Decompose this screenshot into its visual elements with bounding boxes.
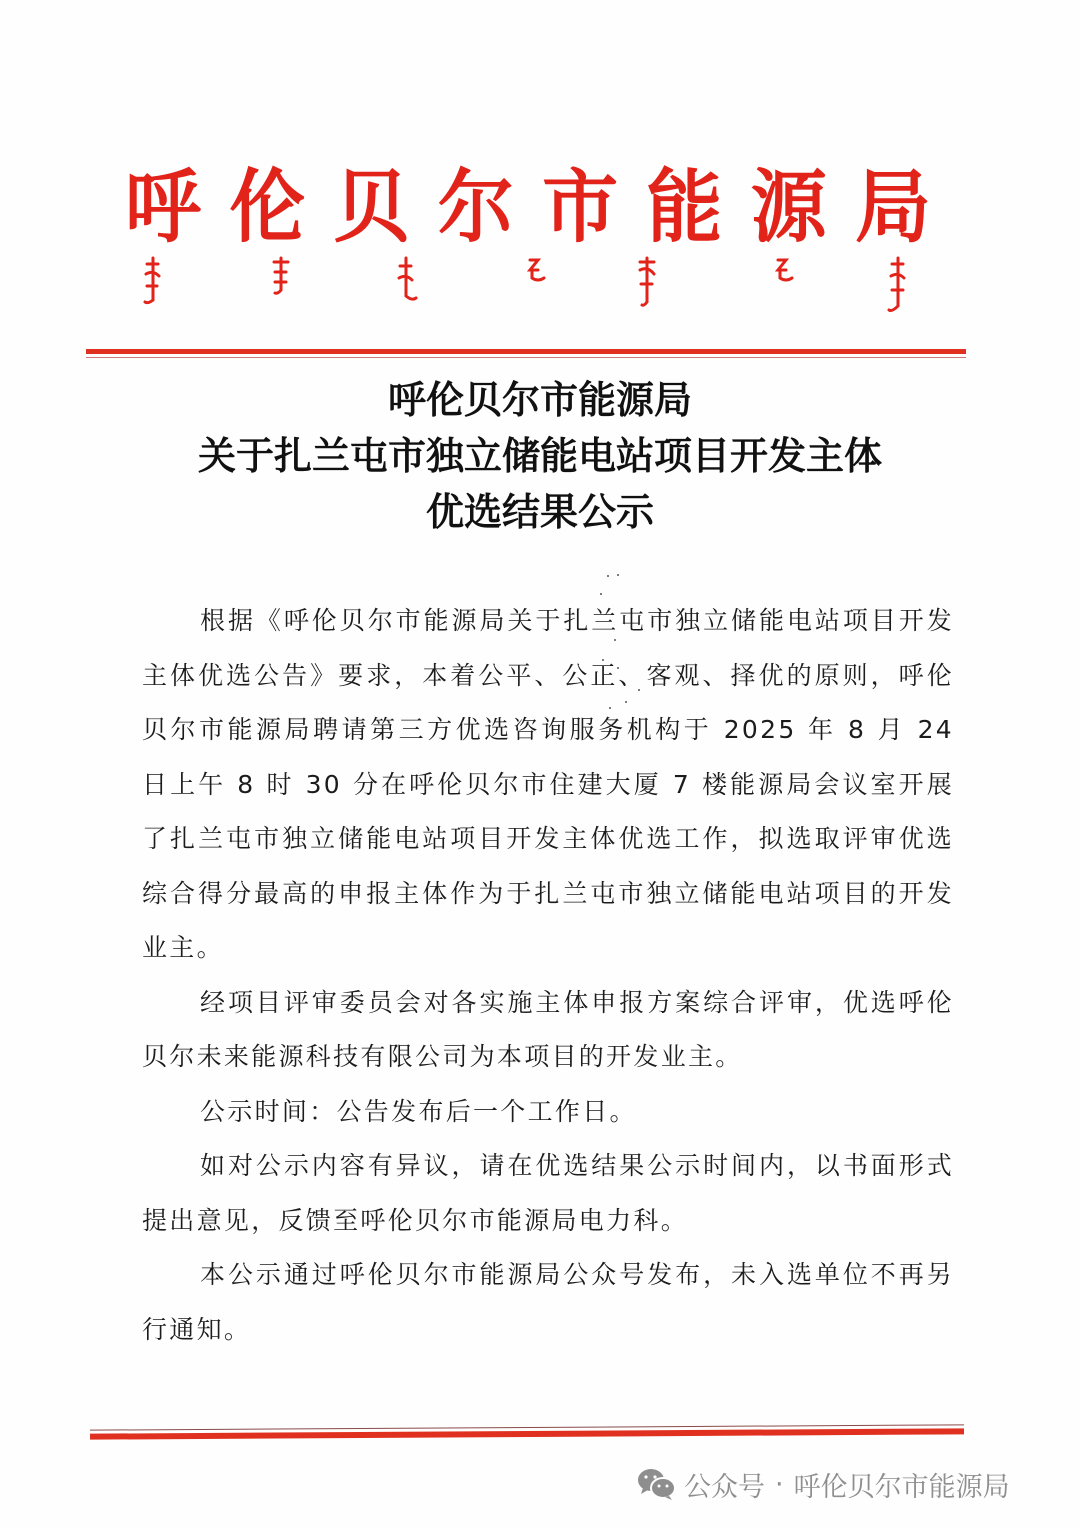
letterhead-divider-top (86, 349, 966, 358)
body-paragraph: 经项目评审委员会对各实施主体申报方案综合评审，优选呼伦贝尔未来能源科技有限公司为… (142, 976, 954, 1085)
letterhead-char: 能 (639, 160, 729, 255)
letterhead-char: 贝 (327, 160, 417, 255)
body-paragraph: 本公示通过呼伦贝尔市能源局公众号发布，未入选单位不再另行通知。 (142, 1248, 954, 1357)
letterhead-char: 市 (535, 160, 625, 255)
mongolian-word-glyph (270, 256, 292, 296)
document-body: 根据《呼伦贝尔市能源局关于扎兰屯市独立储能电站项目开发主体优选公告》要求，本着公… (142, 594, 954, 1357)
mongolian-word-glyph (394, 256, 416, 304)
letterhead-char: 局 (848, 160, 938, 255)
mongolian-word-glyph (770, 256, 792, 284)
body-paragraph: 公示时间：公告发布后一个工作日。 (142, 1085, 954, 1140)
body-paragraph: 如对公示内容有异议，请在优选结果公示时间内，以书面形式提出意见，反馈至呼伦贝尔市… (142, 1139, 954, 1248)
wechat-account-name: 呼伦贝尔市能源局 (794, 1465, 1010, 1504)
wechat-account-watermark: 公众号 · 呼伦贝尔市能源局 (636, 1462, 1010, 1506)
title-line-2: 关于扎兰屯市独立储能电站项目开发主体 (0, 428, 1080, 484)
mongolian-word-glyph (886, 256, 908, 314)
separator-dot: · (775, 1469, 784, 1500)
letterhead-char: 尔 (431, 160, 521, 255)
title-line-1: 呼伦贝尔市能源局 (0, 372, 1080, 428)
letterhead-char: 呼 (118, 160, 208, 255)
wechat-label: 公众号 (684, 1465, 765, 1504)
document-divider-bottom (90, 1424, 964, 1439)
mongolian-word-glyph (142, 256, 164, 306)
mongolian-word-glyph (636, 256, 658, 308)
wechat-icon (636, 1467, 676, 1501)
mongolian-word-glyph (522, 256, 544, 284)
letterhead-char: 伦 (222, 160, 312, 255)
document-title: 呼伦贝尔市能源局 关于扎兰屯市独立储能电站项目开发主体 优选结果公示 (0, 372, 1080, 540)
letterhead-mongolian-script (128, 256, 928, 316)
title-line-3: 优选结果公示 (0, 484, 1080, 540)
letterhead-title: 呼 伦 贝 尔 市 能 源 局 (118, 162, 938, 252)
letterhead-char: 源 (744, 160, 834, 255)
body-paragraph: 根据《呼伦贝尔市能源局关于扎兰屯市独立储能电站项目开发主体优选公告》要求，本着公… (142, 594, 954, 976)
document-page: 呼 伦 贝 尔 市 能 源 局 (0, 0, 1080, 1528)
